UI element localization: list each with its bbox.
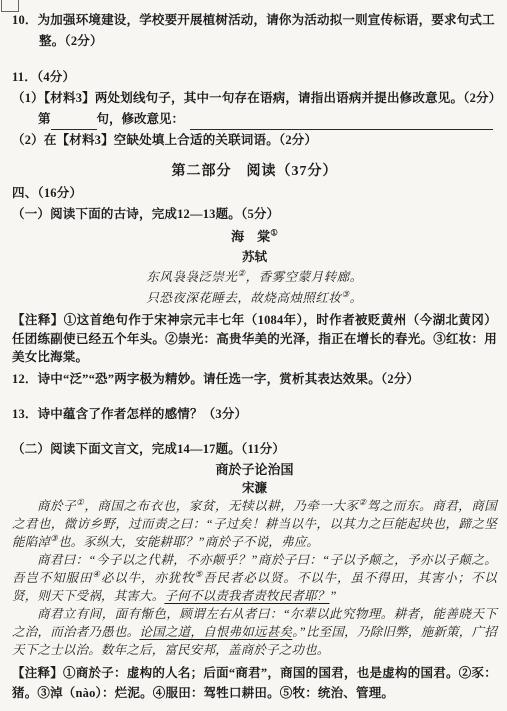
table-corner-mark (1, 0, 19, 12)
prose-author: 宋濂 (12, 479, 497, 497)
subsection1-intro: （一）阅读下面的古诗，完成12—13题。（5分） (12, 204, 497, 225)
section4-label: 四、（16分） (12, 183, 497, 204)
answer-line-row: 第 句，修改意见： (12, 109, 497, 130)
poem-line-1: 东风袅袅泛崇光②，香雾空蒙月转廊。 (12, 267, 497, 288)
answer-line-prefix: 第 (38, 109, 51, 130)
poem-line-2: 只恐夜深花睡去，故烧高烛照红妆③。 (12, 288, 497, 309)
prose-notes: 【注释】①商於子：虚构的人名；后面“商君”，商国的国君，也是虚构的国君。②豕：猪… (12, 663, 497, 703)
subsection2-intro: （二）阅读下面文言文，完成14—17题。（11分） (12, 439, 497, 460)
poem-notes: 【注释】①这首绝句作于宋神宗元丰七年（1084年），时作者被贬黄州（今湖北黄冈）… (12, 311, 497, 367)
prose-paragraph-1: 商於子①，商国之布衣也，家贫，无犊以耕，乃牵一大豕②驾之而东。商君，商国之君也，… (12, 497, 497, 551)
question-11: 11．（4分） (12, 67, 497, 88)
question-12: 12．诗中“泛”“恐”两字极为精妙。请任选一字，赏析其表达效果。（2分） (12, 369, 497, 390)
prose-paragraph-3: 商君立有间，面有惭色，顾谓左右从者曰：“尔辈以此究物理。耕者，能善晓天下之治，而… (12, 605, 497, 659)
exam-paper-page: 10．为加强环境建设，学校要开展植树活动，请你为活动拟一则宣传标语，要求句式工整… (0, 0, 507, 703)
question-11-2: （2）在【材料3】空缺处填上合适的关联词语。（2分） (12, 130, 497, 151)
answer-blank-long (190, 114, 493, 130)
part2-heading: 第二部分 阅读（37分） (12, 161, 497, 183)
answer-blank-short (51, 114, 97, 130)
answer-line-mid: 句，修改意见： (97, 109, 185, 130)
poem-title: 海 棠① (12, 227, 497, 247)
question-10: 10．为加强环境建设，学校要开展植树活动，请你为活动拟一则宣传标语，要求句式工整… (12, 10, 497, 52)
poem-author: 苏轼 (12, 247, 497, 267)
prose-title: 商於子论治国 (12, 460, 497, 479)
question-11-1: （1）【材料3】两处划线句子，其中一句存在语病，请指出语病并提出修改意见。（2分… (12, 88, 497, 109)
prose-paragraph-2: 商君曰：“今子以之代耕，不亦颠乎？”商於子曰：“子以予颠之，予亦以子颠之。吾岂不… (12, 551, 497, 605)
question-13: 13．诗中蕴含了作者怎样的感情？（3分） (12, 404, 497, 425)
